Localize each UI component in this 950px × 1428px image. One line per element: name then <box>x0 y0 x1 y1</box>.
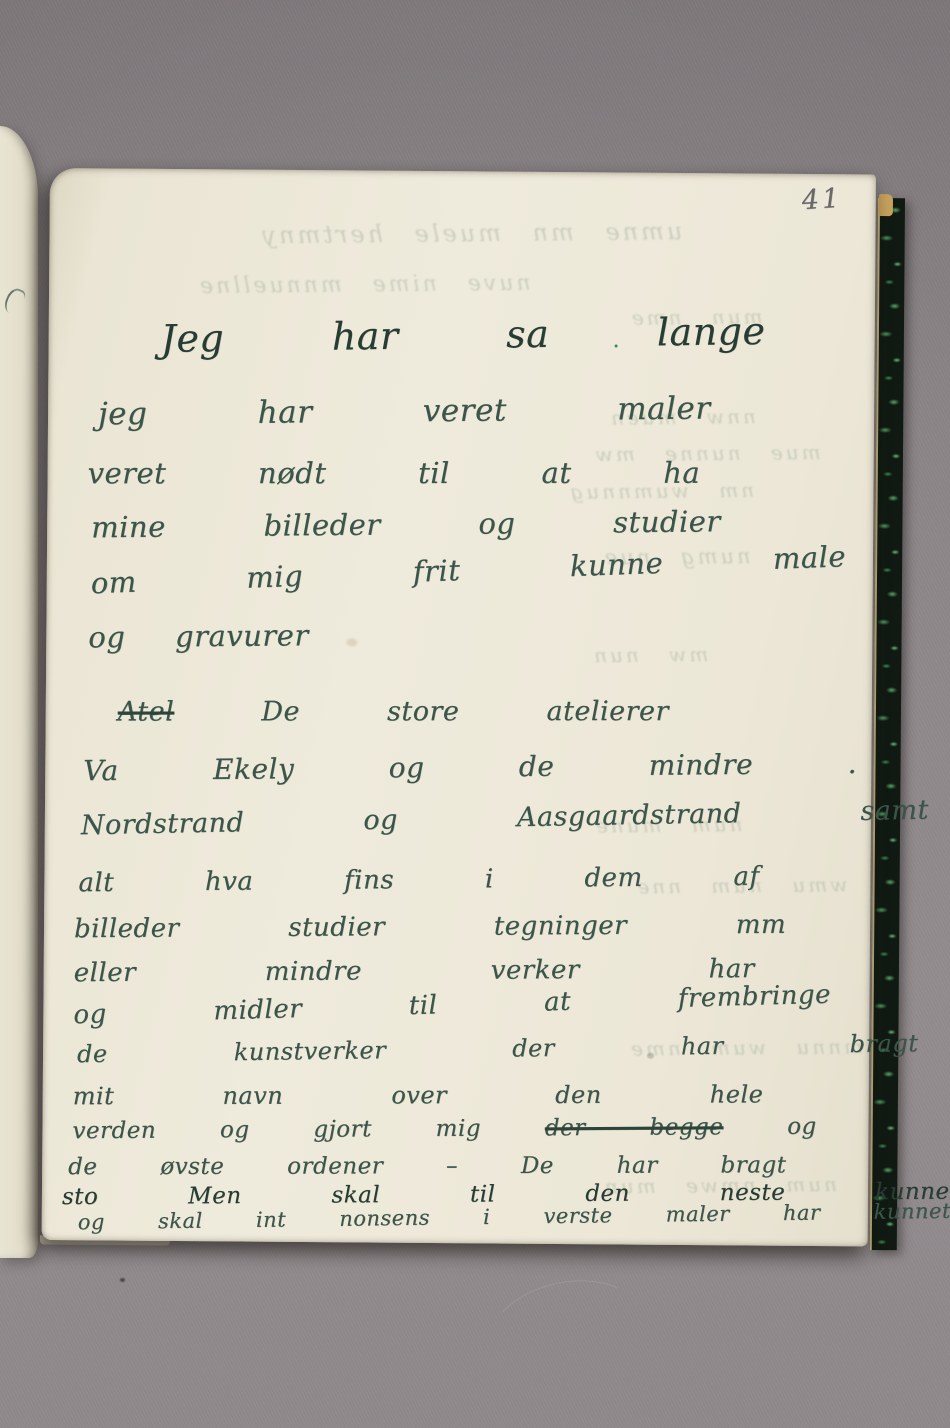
ink-speck <box>647 1053 654 1059</box>
handwriting-text: Nordstrand og Aasgaardstrand samt <box>81 795 930 842</box>
handwriting-text: De store atelierer <box>261 696 669 727</box>
backdrop-speck <box>120 1278 125 1282</box>
handwriting-line: de øvste ordener – De har bragt <box>68 1152 786 1180</box>
struck-handwriting-text: Atel <box>118 696 175 727</box>
handwriting-line: jeg har veret maler <box>98 391 711 433</box>
struck-handwriting-text: der begge <box>545 1114 724 1141</box>
handwriting-text: mine billeder og studier <box>91 504 721 544</box>
handwriting-text: eller mindre verker har <box>74 954 755 988</box>
handwriting-line: Jeg har sa lange <box>160 309 765 361</box>
handwriting-text: de øvste ordener – De har bragt <box>68 1152 786 1180</box>
green-fleck <box>615 344 618 347</box>
handwriting-text: billeder studier tegninger mm <box>74 910 786 944</box>
handwriting-line: og gravurer <box>88 618 309 654</box>
handwriting-text: Jeg har sa lange <box>160 309 765 361</box>
bleedthrough-line: umne mn muele hertmny <box>259 217 682 249</box>
bleedthrough-line: mw nun <box>591 642 708 667</box>
handwriting-text: jeg har veret maler <box>98 391 711 433</box>
bleedthrough-line: nuve nime mnnuellne <box>197 271 531 299</box>
handwriting-text: og gravurer <box>88 618 309 654</box>
handwriting-text: de kunstverker der har bragt <box>77 1029 919 1068</box>
handwriting-line: om mig frit kunne male <box>90 539 846 600</box>
backdrop-scratch <box>482 1267 650 1389</box>
handwriting-line: verden og gjort mig der begge og <box>72 1114 816 1145</box>
handwriting-line: billeder studier tegninger mm <box>74 910 786 944</box>
page-number: 41 <box>801 183 843 216</box>
handwriting-line: mit navn over den hele <box>73 1080 764 1110</box>
stray-ink-mark <box>1 286 27 317</box>
handwriting-line: eller mindre verker har <box>74 954 755 988</box>
handwriting-text: Va Ekely og de mindre . <box>83 747 857 787</box>
handwriting-text: mit navn over den hele <box>73 1080 764 1110</box>
handwriting-text: verden og gjort mig <box>72 1116 481 1144</box>
notebook-page: 41 umne mn muele hertmny nuve nime mnnue… <box>42 168 876 1246</box>
handwriting-line: Atel De store atelierer <box>118 696 669 727</box>
handwriting-line: Nordstrand og Aasgaardstrand samt <box>81 795 930 842</box>
cover-worn-chip <box>879 194 893 216</box>
handwriting-line: de kunstverker der har bragt <box>77 1029 919 1068</box>
book-cover-marbled-edge <box>870 198 905 1250</box>
handwriting-text: veret nødt til at ha <box>88 456 701 491</box>
handwriting-line: veret nødt til at ha <box>88 456 701 491</box>
facing-page-edge <box>0 126 38 1258</box>
handwriting-text: om mig frit kunne male <box>90 539 846 600</box>
handwriting-line: mine billeder og studier <box>91 504 721 544</box>
handwriting-line: Va Ekely og de mindre . <box>83 747 857 787</box>
handwriting-text: og <box>787 1114 817 1140</box>
paper-stain <box>346 638 357 646</box>
